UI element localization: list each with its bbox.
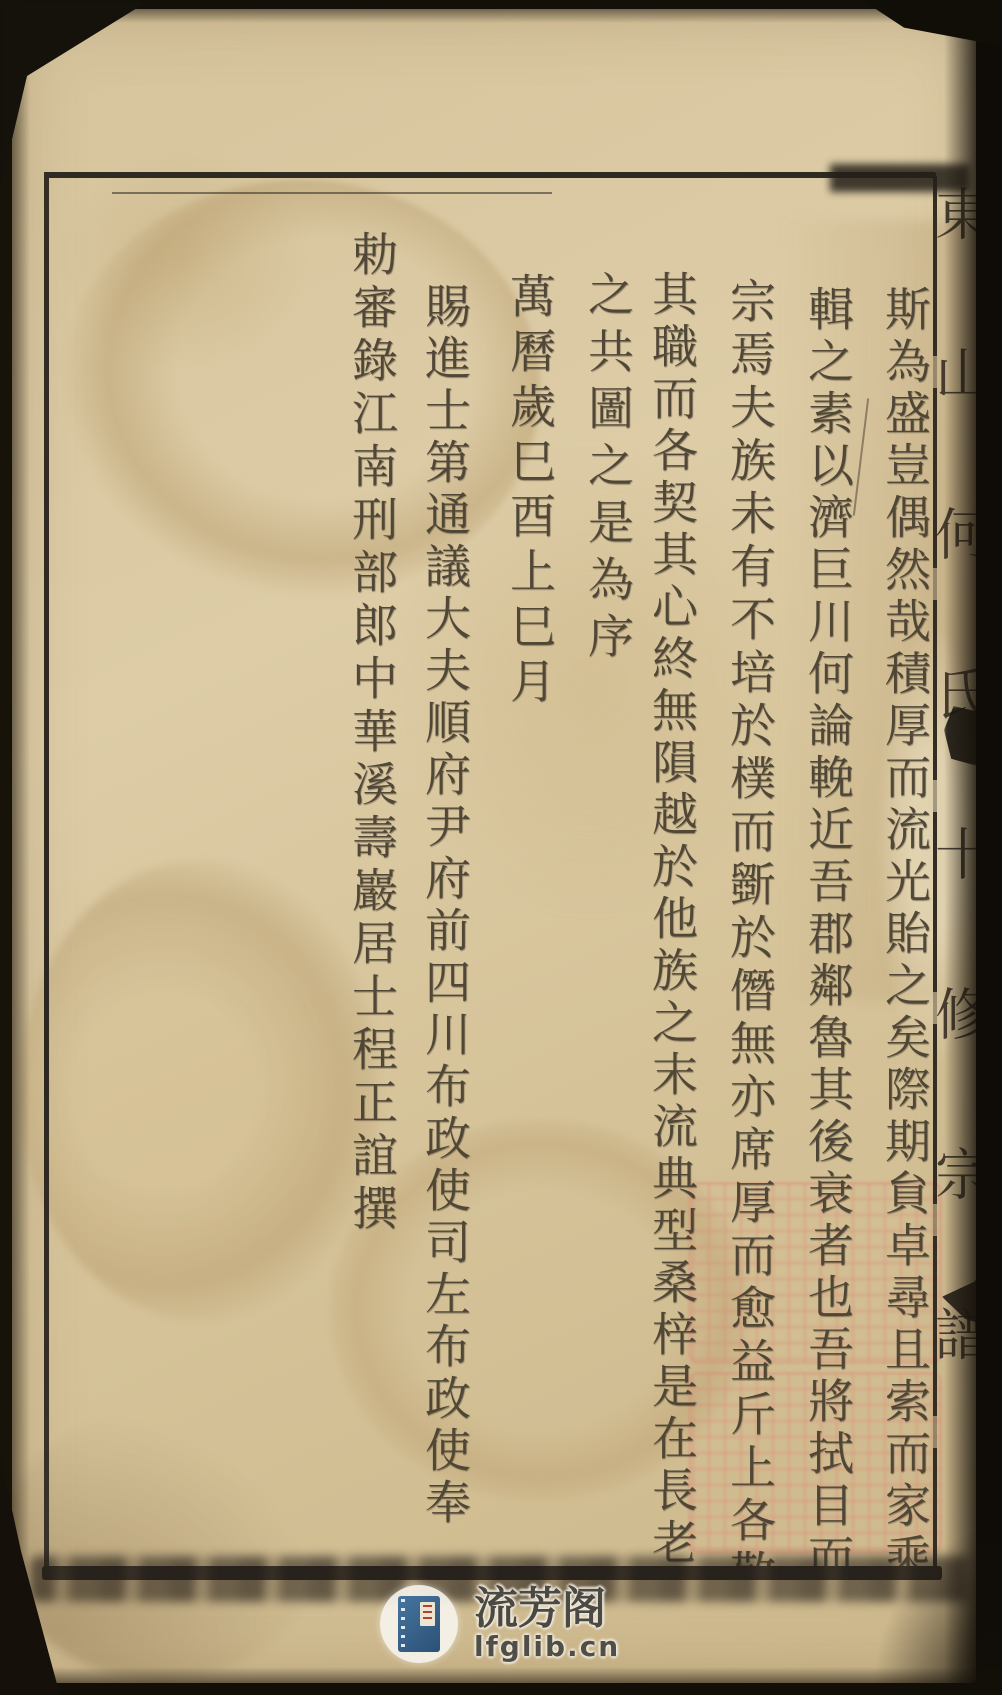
text-block: 斯為盛豈偶然哉積厚而流光貽之矣際期貟卓尋且索而家乘 輯之素以濟巨川何論輓近吾郡鄰… xyxy=(46,178,935,1566)
book-label-text-icon xyxy=(423,1605,432,1623)
preface-column-3: 宗焉夫族未有不培於樸而斵於僭無亦席厚而愈益斤上各敬 xyxy=(727,277,773,1566)
watermark-text: 流芳阁 lfglib.cn xyxy=(474,1586,620,1662)
page-edge-shadow-top xyxy=(0,9,1002,23)
dark-corner-bottom-right xyxy=(872,1525,1002,1695)
frame-border-left xyxy=(44,172,49,1574)
signature-column-1: 賜進士第通議大夫順府尹府前四川布政使司左布政使奉 xyxy=(422,282,468,1530)
preface-column-2: 輯之素以濟巨川何論輓近吾郡鄰魯其後衰者也吾將拭目而 xyxy=(805,285,851,1566)
page-edge-shadow-left xyxy=(12,0,30,1695)
watermark-badge xyxy=(380,1585,458,1663)
watermark-site-name: 流芳阁 xyxy=(474,1586,620,1632)
frame-border-top-inner xyxy=(112,192,552,194)
book-icon xyxy=(398,1596,440,1652)
watermark-site-domain: lfglib.cn xyxy=(474,1632,620,1661)
preface-column-5: 之共圖之是為序 xyxy=(585,270,631,669)
book-binding-icon xyxy=(401,1599,405,1649)
preface-column-4: 其職而各契其心終無隕越於他族之末流典型桑梓是在長老 xyxy=(649,270,695,1566)
preface-column-1: 斯為盛豈偶然哉積厚而流光貽之矣際期貟卓尋且索而家乘 xyxy=(882,285,928,1566)
page-edge-bottom xyxy=(0,1683,1002,1695)
page-edge-top xyxy=(0,0,1002,9)
page-edge-left xyxy=(0,0,12,1695)
frame-border-top xyxy=(48,172,936,178)
scanned-genealogy-page: 東山何氏十修宗譜 斯為盛豈偶然哉積厚而流光貽之矣際期貟卓尋且索而家乘 輯之素以濟… xyxy=(0,0,1002,1695)
page-edge-shadow-right xyxy=(944,0,976,1695)
book-title-label-icon xyxy=(420,1602,435,1626)
signature-column-2: 勅審錄江南刑部郎中華溪壽巖居士程正誼撰 xyxy=(349,230,395,1237)
page-edge-shadow-bottom xyxy=(0,1667,1002,1683)
page-edge-right xyxy=(976,0,1002,1695)
dateline-column: 萬曆歲巳酉上巳月 xyxy=(507,272,553,712)
watermark: 流芳阁 lfglib.cn xyxy=(380,1585,620,1663)
